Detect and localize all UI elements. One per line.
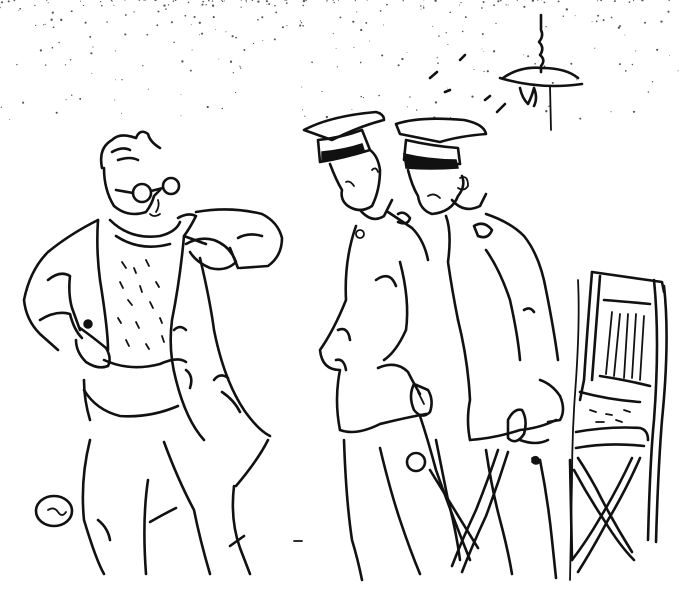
paper-speckle (0, 0, 678, 120)
figure-officer-front (304, 112, 478, 580)
figure-civilian (24, 132, 282, 574)
chair (570, 272, 667, 580)
illustration-canvas (0, 0, 684, 600)
figure-officer-back (396, 119, 563, 578)
floor-mark (36, 496, 72, 526)
hanging-lamp (430, 15, 582, 130)
